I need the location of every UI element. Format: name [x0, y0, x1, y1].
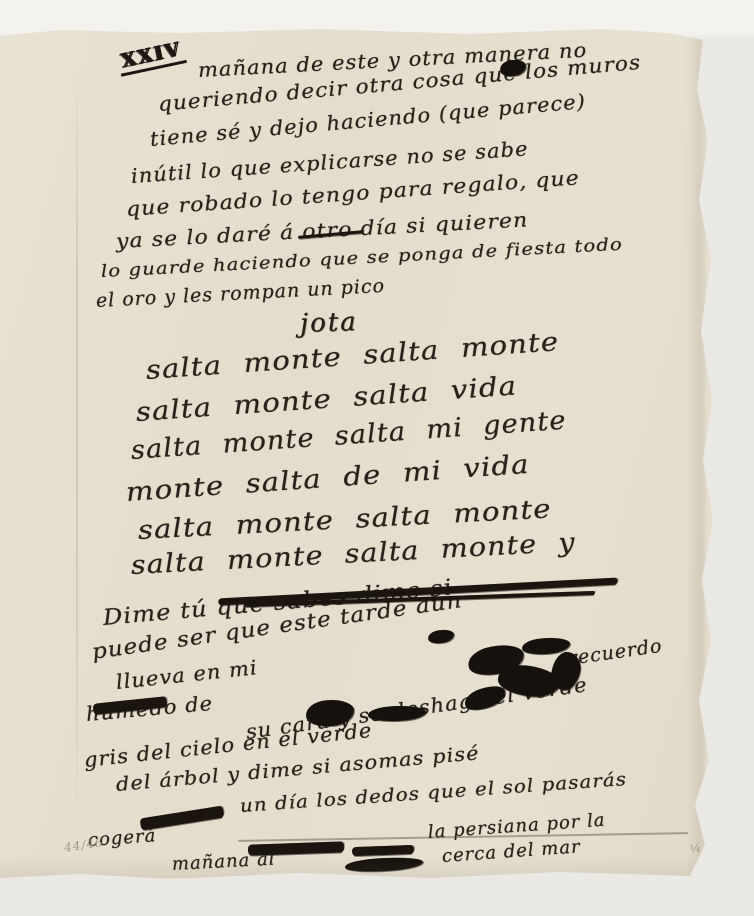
- manuscript-line: cerca del mar: [441, 836, 581, 867]
- ink-blot: [427, 628, 455, 644]
- manuscript-line: recuerdo: [566, 635, 663, 670]
- strikethrough-scribble: [140, 806, 225, 831]
- strikethrough-scribble: [352, 845, 414, 856]
- ink-blot: [345, 856, 424, 873]
- folio-number: 44/46: [63, 835, 104, 854]
- manuscript-paper: XXIV jota mañana de este y otra manera n…: [0, 0, 754, 916]
- torn-edge-shadow: [686, 36, 706, 876]
- manuscript-line: el oro y les rompan un pico: [95, 275, 385, 312]
- poem-title: jota: [299, 307, 358, 339]
- manuscript-line: llueva en mi: [115, 655, 259, 694]
- paper-fold-crease: [76, 60, 78, 836]
- section-numeral: XXIV: [116, 37, 187, 76]
- corner-mark: ¼: [689, 841, 702, 856]
- strikethrough-scribble: [248, 841, 344, 855]
- scanned-manuscript-page: XXIV jota mañana de este y otra manera n…: [0, 0, 754, 916]
